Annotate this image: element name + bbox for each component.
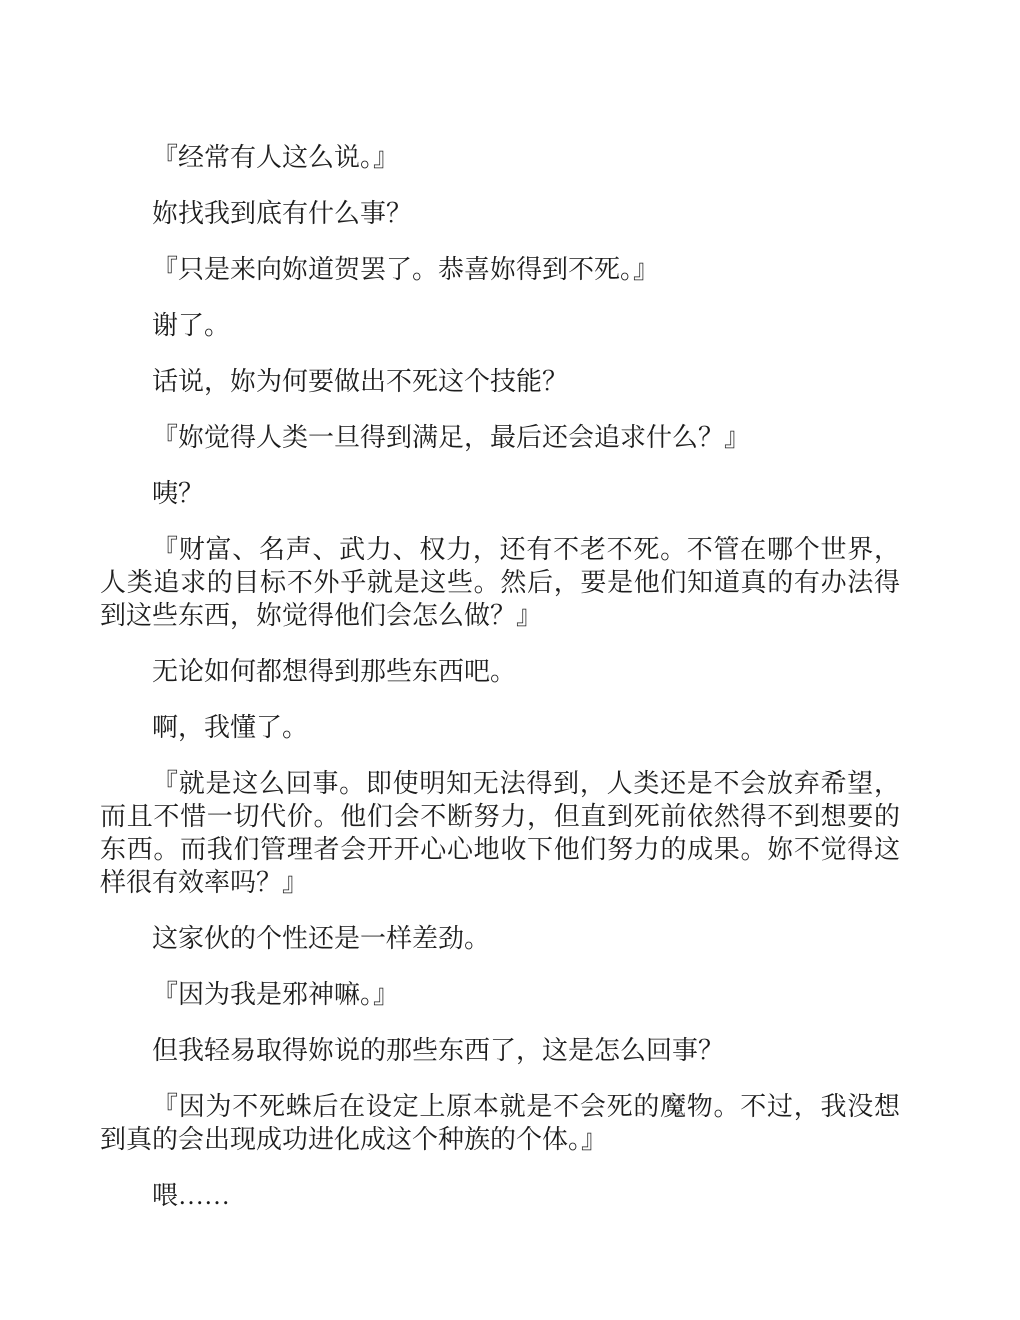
paragraph-dialogue: 『财富、名声、武力、权力，还有不老不死。不管在哪个世界，人类追求的目标不外乎就是… [100, 533, 900, 632]
paragraph-narration: 无论如何都想得到那些东西吧。 [100, 655, 900, 688]
paragraph-narration: 谢了。 [100, 309, 900, 342]
paragraph-narration: 但我轻易取得妳说的那些东西了，这是怎么回事？ [100, 1034, 900, 1067]
paragraph-dialogue: 『因为我是邪神嘛。』 [100, 978, 900, 1011]
paragraph-narration: 妳找我到底有什么事？ [100, 197, 900, 230]
paragraph-narration: 咦？ [100, 477, 900, 510]
paragraph-narration: 啊，我懂了。 [100, 711, 900, 744]
text-column: 『经常有人这么说。』 妳找我到底有什么事？ 『只是来向妳道贺罢了。恭喜妳得到不死… [100, 141, 900, 1235]
paragraph-narration: 话说，妳为何要做出不死这个技能？ [100, 365, 900, 398]
paragraph-dialogue: 『妳觉得人类一旦得到满足，最后还会追求什么？』 [100, 421, 900, 454]
paragraph-dialogue: 『就是这么回事。即使明知无法得到，人类还是不会放弃希望，而且不惜一切代价。他们会… [100, 767, 900, 899]
paragraph-dialogue: 『因为不死蛛后在设定上原本就是不会死的魔物。不过，我没想到真的会出现成功进化成这… [100, 1090, 900, 1156]
paragraph-dialogue: 『只是来向妳道贺罢了。恭喜妳得到不死。』 [100, 253, 900, 286]
paragraph-narration: 这家伙的个性还是一样差劲。 [100, 922, 900, 955]
paragraph-narration: 喂…… [100, 1179, 900, 1212]
ebook-page: 『经常有人这么说。』 妳找我到底有什么事？ 『只是来向妳道贺罢了。恭喜妳得到不死… [0, 0, 1020, 1320]
paragraph-dialogue: 『经常有人这么说。』 [100, 141, 900, 174]
